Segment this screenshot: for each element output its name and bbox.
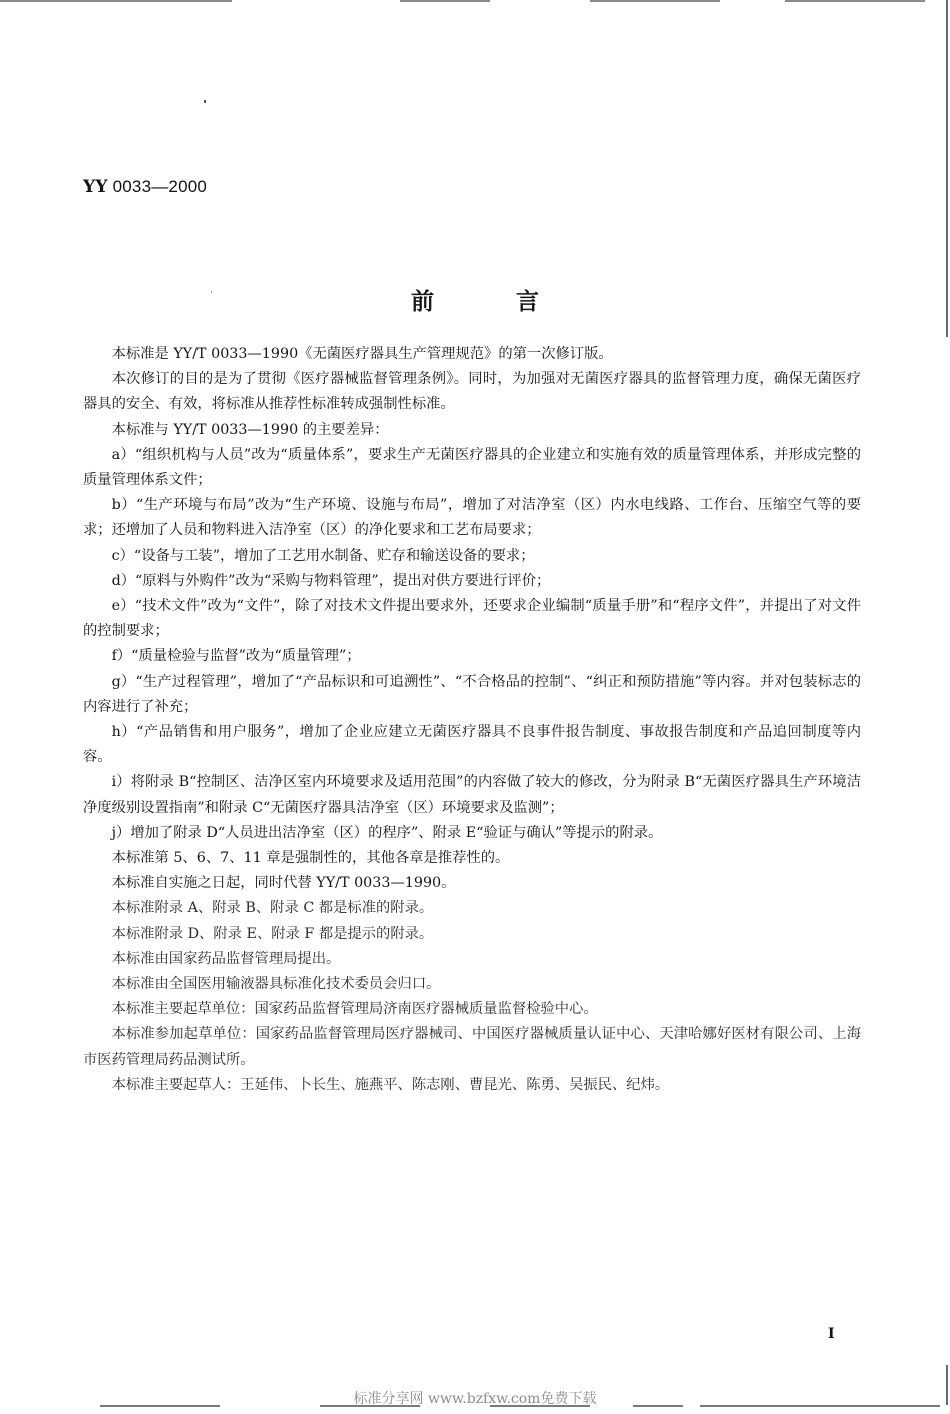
scan-edge-top bbox=[0, 0, 232, 2]
difference-item-d: d）“原料与外购件”改为“采购与物料管理”，提出对供方要进行评价； bbox=[83, 569, 861, 594]
paragraph-normative-annexes: 本标准附录 A、附录 B、附录 C 都是标准的附录。 bbox=[83, 896, 861, 921]
difference-item-j: j）增加了附录 D“人员进出洁净室（区）的程序”、附录 E“验证与确认”等提示的… bbox=[83, 821, 861, 846]
page-number: I bbox=[828, 1326, 835, 1342]
title-char-1: 前 bbox=[411, 283, 434, 316]
paragraph-differences-intro: 本标准与 YY/T 0033—1990 的主要差异： bbox=[83, 418, 861, 443]
difference-item-g: g）“生产过程管理”，增加了“产品标识和可追溯性”、“不合格品的控制”、“纠正和… bbox=[83, 670, 861, 720]
difference-item-i: i）将附录 B“控制区、洁净区室内环境要求及适用范围”的内容做了较大的修改，分为… bbox=[83, 770, 861, 820]
title-char-2: 言 bbox=[516, 283, 539, 316]
difference-item-c: c）“设备与工装”，增加了工艺用水制备、贮存和输送设备的要求； bbox=[83, 544, 861, 569]
paragraph-revision-note: 本标准是 YY/T 0033—1990《无菌医疗器具生产管理规范》的第一次修订版… bbox=[83, 342, 861, 367]
standard-code: YY 0033—2000 bbox=[83, 177, 207, 197]
paragraph-mandatory-chapters: 本标准第 5、6、7、11 章是强制性的，其他各章是推荐性的。 bbox=[83, 846, 861, 871]
standard-prefix: YY bbox=[83, 177, 108, 197]
paragraph-proposer: 本标准由国家药品监督管理局提出。 bbox=[83, 947, 861, 972]
difference-item-e: e）“技术文件”改为“文件”，除了对技术文件提出要求外，还要求企业编制“质量手册… bbox=[83, 594, 861, 644]
scan-speck bbox=[204, 100, 206, 103]
difference-item-a: a）“组织机构与人员”改为“质量体系”，要求生产无菌医疗器具的企业建立和实施有效… bbox=[83, 443, 861, 493]
paragraph-main-drafting-unit: 本标准主要起草单位：国家药品监督管理局济南医疗器械质量监督检验中心。 bbox=[83, 997, 861, 1022]
difference-item-f: f）“质量检验与监督”改为“质量管理”； bbox=[83, 644, 861, 669]
paragraph-main-drafters: 本标准主要起草人：王延伟、卜长生、施燕平、陈志刚、曹昆光、陈勇、吴振民、纪炜。 bbox=[83, 1073, 861, 1098]
scan-edge-top bbox=[400, 0, 490, 2]
page-title: 前言 bbox=[0, 283, 950, 316]
footer-watermark: 标准分享网 www.bzfxw.com免费下载 bbox=[0, 1388, 950, 1408]
scan-edge-top bbox=[785, 0, 925, 2]
scan-edge-top bbox=[590, 0, 720, 2]
difference-item-b: b）“生产环境与布局”改为“生产环境、设施与布局”，增加了对洁净室（区）内水电线… bbox=[83, 493, 861, 543]
paragraph-participating-units: 本标准参加起草单位：国家药品监督管理局医疗器械司、中国医疗器械质量认证中心、天津… bbox=[83, 1022, 861, 1072]
paragraph-purpose: 本次修订的目的是为了贯彻《医疗器械监督管理条例》。同时，为加强对无菌医疗器具的监… bbox=[83, 367, 861, 417]
difference-item-h: h）“产品销售和用户服务”，增加了企业应建立无菌医疗器具不良事件报告制度、事故报… bbox=[83, 720, 861, 770]
paragraph-centralized-by: 本标准由全国医用输液器具标准化技术委员会归口。 bbox=[83, 972, 861, 997]
paragraph-replacement: 本标准自实施之日起，同时代替 YY/T 0033—1990。 bbox=[83, 871, 861, 896]
paragraph-informative-annexes: 本标准附录 D、附录 E、附录 F 都是提示的附录。 bbox=[83, 922, 861, 947]
foreword-body: 本标准是 YY/T 0033—1990《无菌医疗器具生产管理规范》的第一次修订版… bbox=[83, 342, 861, 1098]
standard-number: 0033—2000 bbox=[113, 177, 207, 196]
